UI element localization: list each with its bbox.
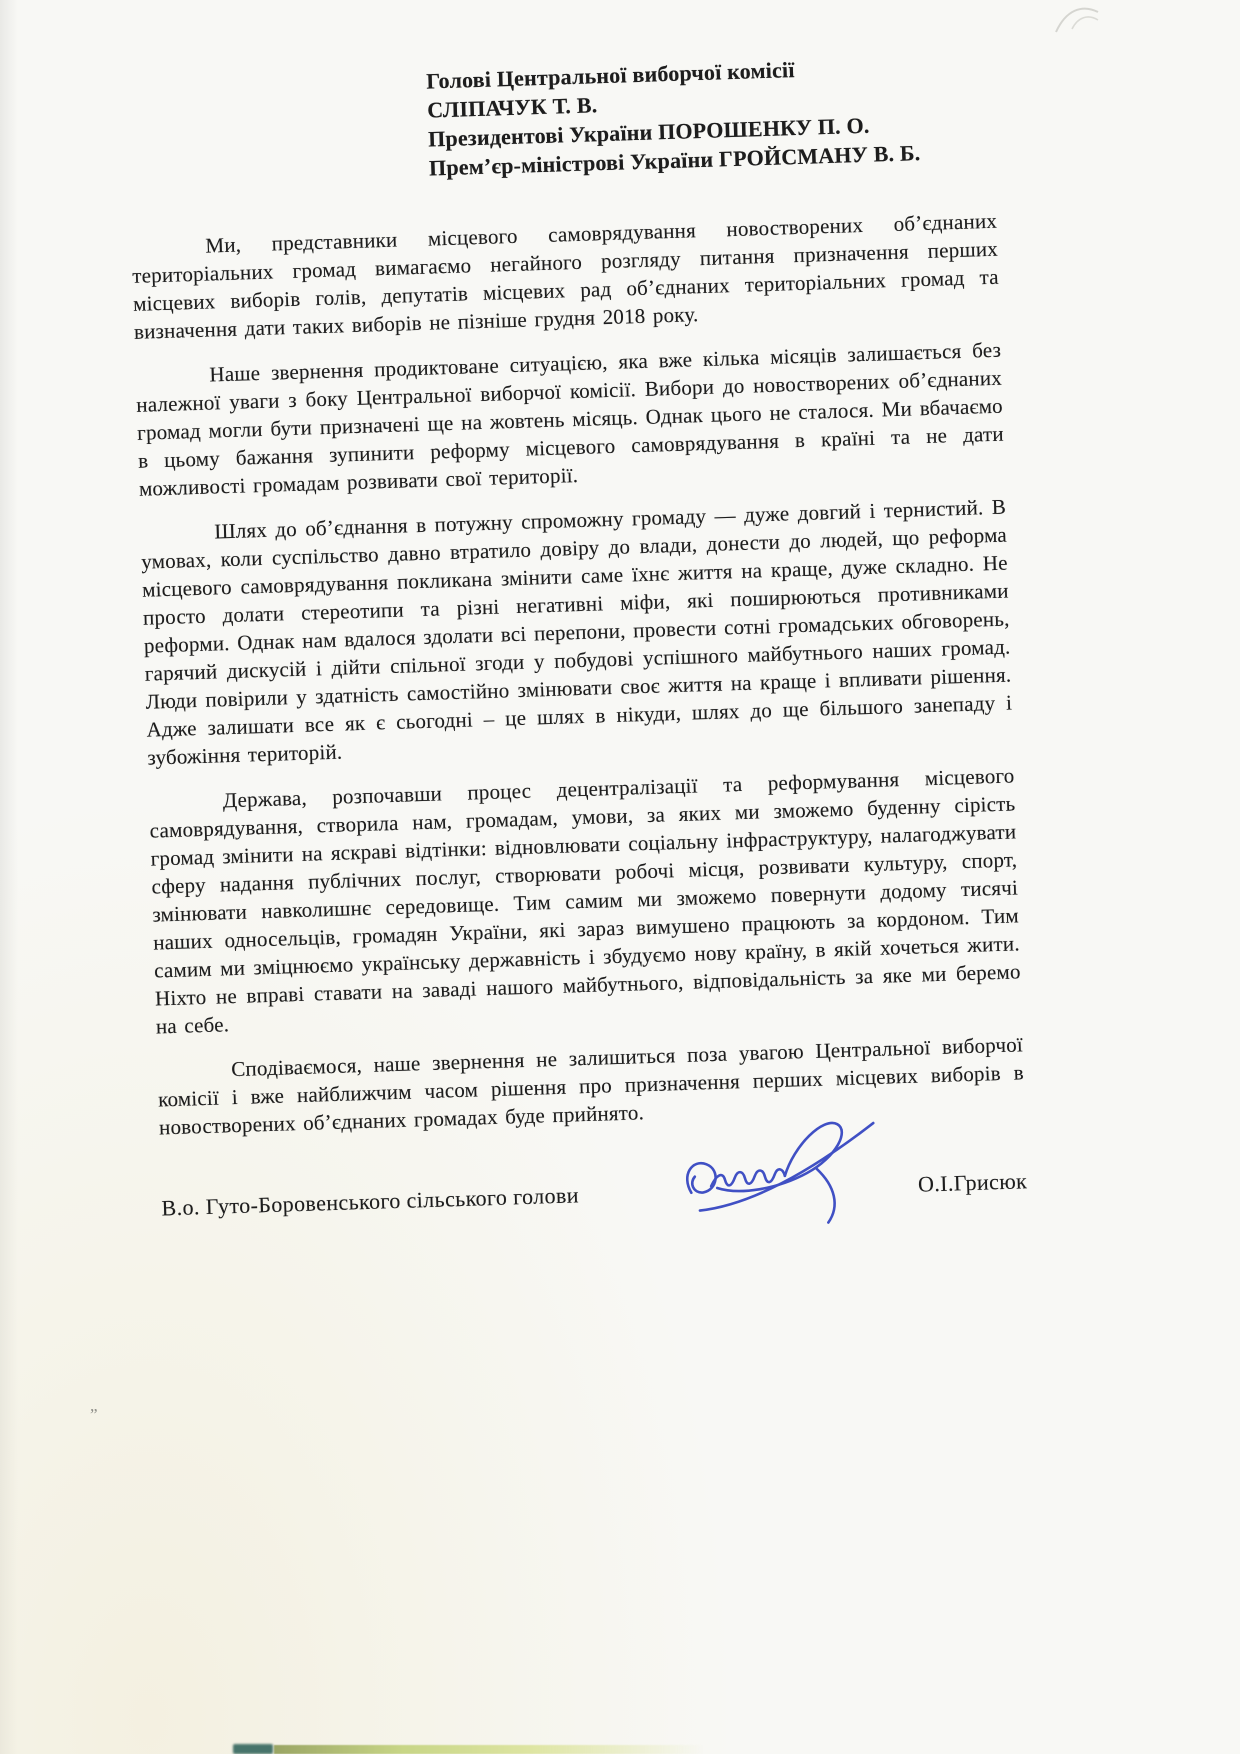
scan-artifact-speck: „ bbox=[90, 1396, 98, 1416]
signatory-name: О.І.Грисюк bbox=[918, 1168, 1028, 1197]
paragraph-appeal-reason: Наше звернення продиктоване ситуацією, я… bbox=[135, 336, 1005, 503]
handwritten-signature bbox=[675, 1106, 897, 1237]
letter-content: Голові Центральної виборчої комісії СЛІП… bbox=[126, 49, 1028, 1222]
scan-artifact-bottom-teal bbox=[233, 1744, 273, 1754]
scanned-letter-page: Голові Центральної виборчої комісії СЛІП… bbox=[0, 0, 1240, 1754]
paragraph-demand: Ми, представники місцевого самоврядуванн… bbox=[131, 207, 1000, 346]
recipient-block: Голові Центральної виборчої комісії СЛІП… bbox=[426, 49, 995, 183]
scan-artifact-bottom-green bbox=[274, 1745, 704, 1754]
paragraph-unification-path: Шлях до об’єднання в потужну спроможну г… bbox=[140, 493, 1013, 772]
signature-ink-strokes bbox=[686, 1122, 877, 1227]
signature-row: В.о. Гуто-Боровенського сільського голов… bbox=[161, 1168, 1027, 1221]
signatory-title: В.о. Гуто-Боровенського сільського голов… bbox=[161, 1182, 579, 1221]
paragraph-decentralization: Держава, розпочавши процес децентралізац… bbox=[148, 761, 1021, 1040]
scan-artifact-corner bbox=[1052, 2, 1102, 38]
paragraph-hope: Сподіваємося, наше звернення не залишить… bbox=[157, 1030, 1025, 1141]
